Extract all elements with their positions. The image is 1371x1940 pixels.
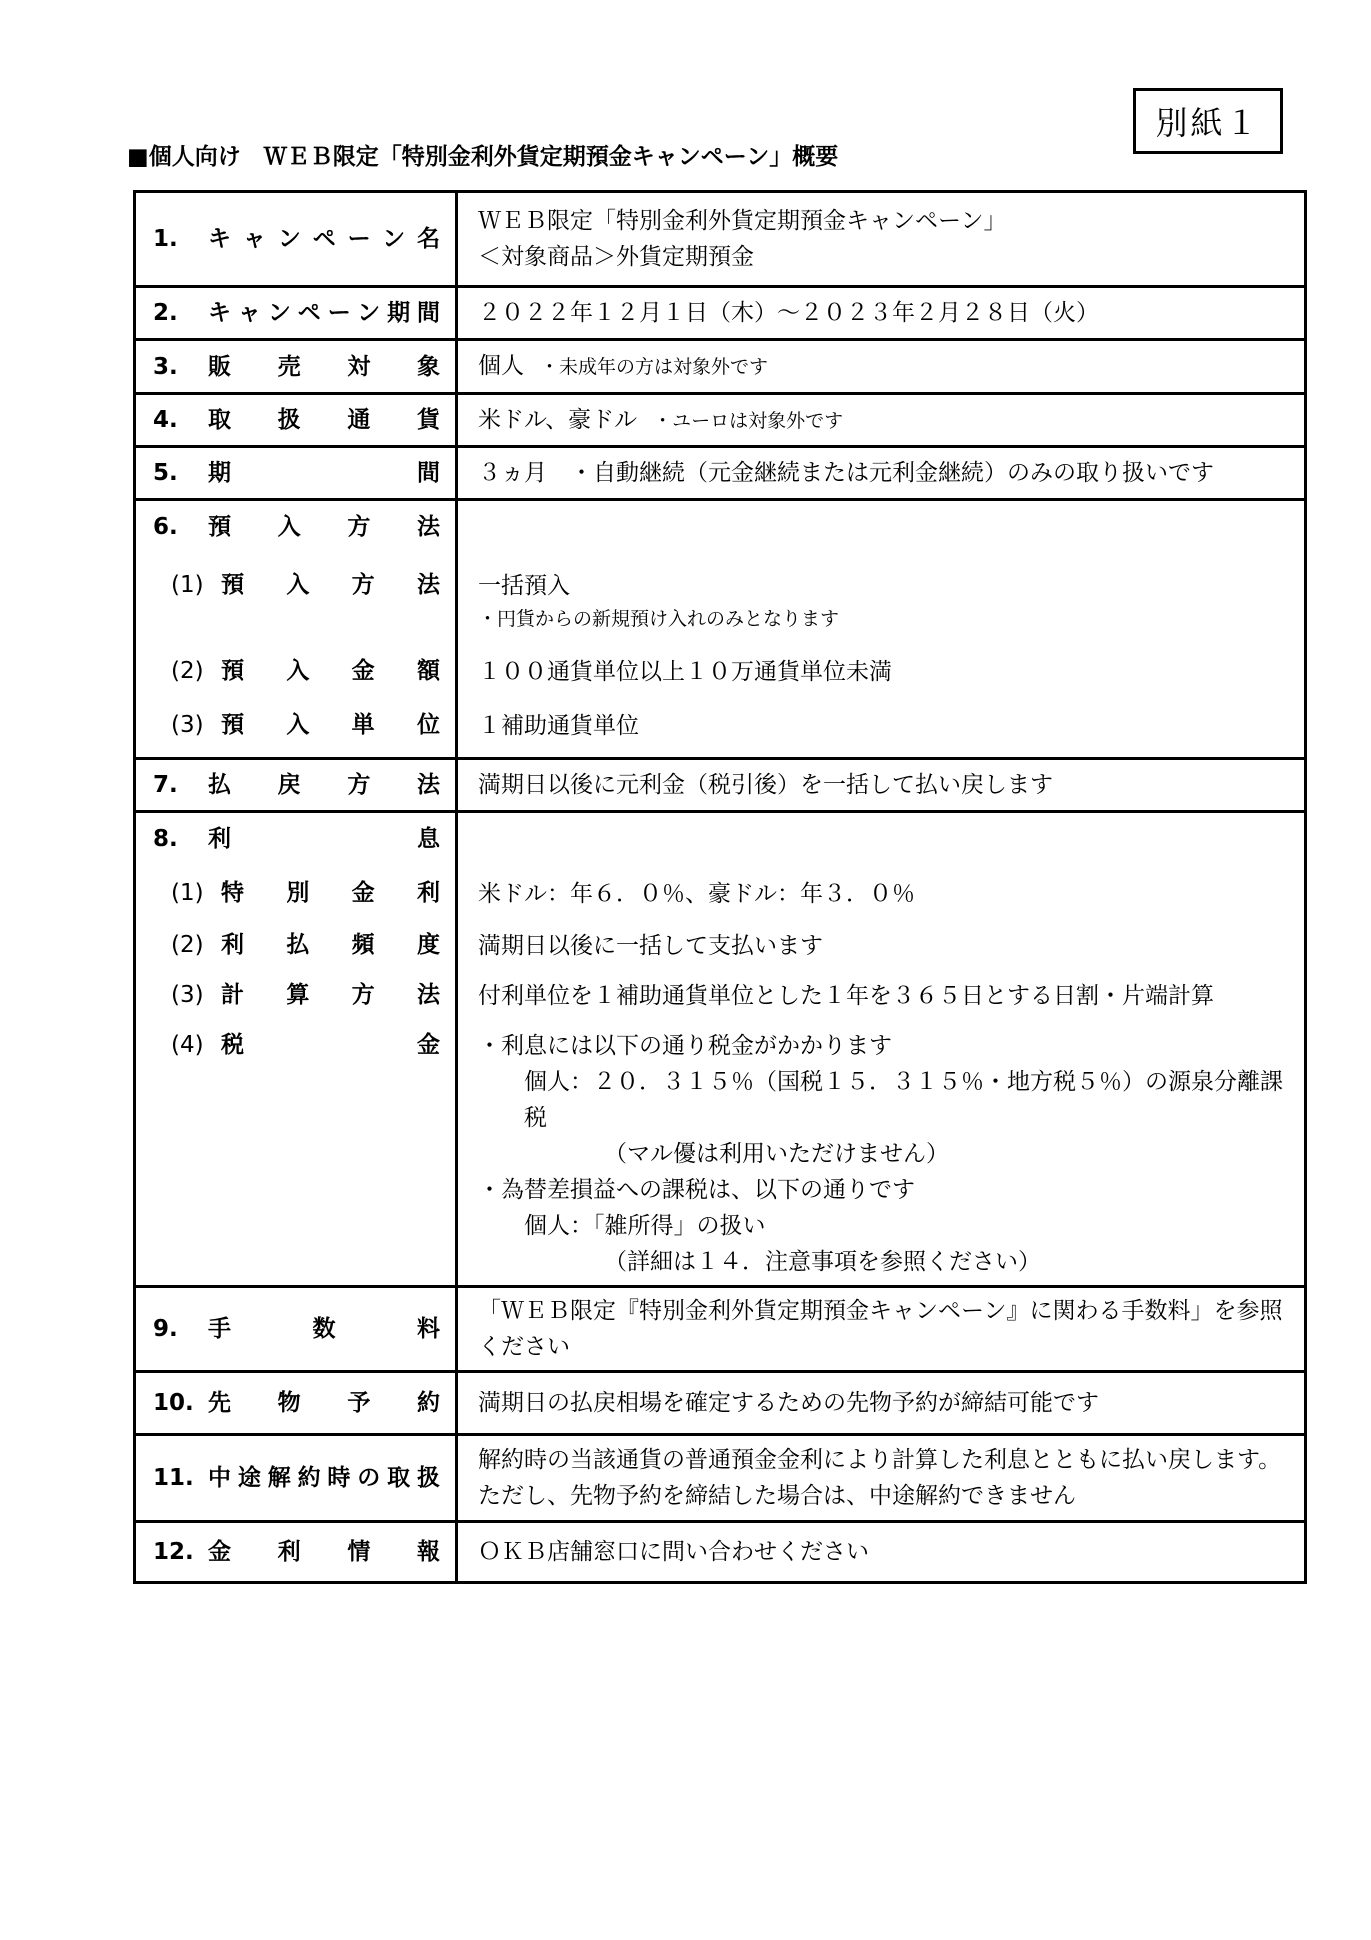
row-number: 7. [153,768,208,802]
content-text: 満期日以後に一括して支払います [478,933,823,959]
row-label-cell: (1)特別金利 [136,867,458,919]
content-text: 付利単位を１補助通貨単位とした１年を３６５日とする日割・片端計算 [478,983,1214,1009]
content-text: 「ＷＥＢ限定『特別金利外貨定期預金キャンペーン』に関わる手数料」を参照 [478,1298,1283,1324]
content-line: 一括預入 [478,568,1292,604]
row-content-cell: ３ヵ月 ・自動継続（元金継続または元利金継続）のみの取り扱いです [458,448,1304,498]
row-number: 5. [153,456,208,490]
content-line: 付利単位を１補助通貨単位とした１年を３６５日とする日割・片端計算 [478,978,1292,1014]
row-label-cell: (2)預入金額 [136,645,458,699]
row-label-cell: (3)計算方法 [136,969,458,1019]
table-line: 7.払戻方法満期日以後に元利金（税引後）を一括して払い戻します [136,760,1304,810]
row-label-cell: (1)預入方法 [136,559,458,645]
row-label: 手数料 [208,1312,440,1346]
row-number: 2. [153,296,208,330]
attachment-tag: 別紙１ [1133,88,1283,154]
document-page: 別紙１ ■個人向け ＷＥＢ限定「特別金利外貨定期預金キャンペーン」概要 1.キャ… [0,0,1371,1940]
row-number: (2) [171,928,221,962]
table-line: 2.キャンペーン期間２０２２年１２月１日（木）～２０２３年２月２８日（火） [136,288,1304,338]
table-line: (4)税金・利息には以下の通り税金がかかります個人：２０．３１５％（国税１５．３… [136,1019,1304,1285]
table-row: 10.先物予約満期日の払戻相場を確定するための先物予約が締結可能です [136,1373,1304,1436]
row-content-cell: ＷＥＢ限定「特別金利外貨定期預金キャンペーン」＜対象商品＞外貨定期預金 [458,193,1304,285]
table-line: 9.手数料「ＷＥＢ限定『特別金利外貨定期預金キャンペーン』に関わる手数料」を参照… [136,1288,1304,1370]
table-line: (2)利払頻度満期日以後に一括して支払います [136,919,1304,969]
row-label-cell: 1.キャンペーン名 [136,193,458,285]
row-label-cell: 7.払戻方法 [136,760,458,810]
content-text: ください [478,1334,570,1360]
table-line: 1.キャンペーン名ＷＥＢ限定「特別金利外貨定期預金キャンペーン」＜対象商品＞外貨… [136,193,1304,285]
row-label: 先物予約 [208,1386,440,1420]
row-label-cell: 5.期間 [136,448,458,498]
document-title: ■個人向け ＷＥＢ限定「特別金利外貨定期預金キャンペーン」概要 [127,138,838,171]
table-line: 12.金利情報ＯＫＢ店舗窓口に問い合わせください [136,1523,1304,1581]
content-line: 満期日以後に元利金（税引後）を一括して払い戻します [478,767,1292,803]
table-line: 10.先物予約満期日の払戻相場を確定するための先物予約が締結可能です [136,1373,1304,1433]
content-text: 解約時の当該通貨の普通預金金利により計算した利息とともに払い戻します。 [478,1447,1281,1473]
row-label-cell: 6.預入方法 [136,501,458,559]
campaign-table: 1.キャンペーン名ＷＥＢ限定「特別金利外貨定期預金キャンペーン」＜対象商品＞外貨… [133,190,1307,1584]
row-content-cell [458,813,1304,867]
row-label: 利息 [208,822,440,856]
content-line: 解約時の当該通貨の普通預金金利により計算した利息とともに払い戻します。 [478,1442,1292,1478]
content-text: ・円貨からの新規預け入れのみとなります [478,608,839,630]
content-text: 一括預入 [478,573,570,599]
row-number: 6. [153,510,208,544]
row-content-cell: ２０２２年１２月１日（木）～２０２３年２月２８日（火） [458,288,1304,338]
row-label: 金利情報 [208,1535,440,1569]
table-line: 3.販売対象個人・未成年の方は対象外です [136,341,1304,392]
row-label-cell: (4)税金 [136,1019,458,1285]
row-number: (1) [171,876,221,910]
content-line: 個人：２０．３１５％（国税１５．３１５％・地方税５％）の源泉分離課税 [478,1064,1292,1136]
content-text: ＯＫＢ店舗窓口に問い合わせください [478,1539,869,1565]
content-line: 満期日の払戻相場を確定するための先物予約が締結可能です [478,1385,1292,1421]
table-line: 4.取扱通貨米ドル、豪ドル・ユーロは対象外です [136,395,1304,445]
content-text: ３ヵ月 ・自動継続（元金継続または元利金継続）のみの取り扱いです [478,460,1214,486]
row-number: (3) [171,708,221,742]
content-text: ＷＥＢ限定「特別金利外貨定期預金キャンペーン」 [478,208,1007,234]
row-label: 利払頻度 [221,928,440,962]
row-label: 期間 [208,456,440,490]
row-content-cell: 付利単位を１補助通貨単位とした１年を３６５日とする日割・片端計算 [458,969,1304,1019]
row-content-cell: 解約時の当該通貨の普通預金金利により計算した利息とともに払い戻します。ただし、先… [458,1436,1304,1520]
table-row: 7.払戻方法満期日以後に元利金（税引後）を一括して払い戻します [136,760,1304,813]
row-number: (3) [171,978,221,1012]
row-number: 4. [153,403,208,437]
row-label-cell: (3)預入単位 [136,699,458,757]
table-row: 12.金利情報ＯＫＢ店舗窓口に問い合わせください [136,1523,1304,1581]
content-text: （詳細は１４．注意事項を参照ください） [604,1249,1041,1275]
content-line: １００通貨単位以上１０万通貨単位未満 [478,654,1292,690]
row-content-cell: １補助通貨単位 [458,699,1304,757]
content-text: ２０２２年１２月１日（木）～２０２３年２月２８日（火） [478,300,1099,326]
content-line: ２０２２年１２月１日（木）～２０２３年２月２８日（火） [478,295,1292,331]
table-line: 6.預入方法 [136,501,1304,559]
content-line: ＷＥＢ限定「特別金利外貨定期預金キャンペーン」 [478,203,1292,239]
table-line: (1)特別金利米ドル：年６．０％、豪ドル：年３．０％ [136,867,1304,919]
row-label: 払戻方法 [208,768,440,802]
table-row: 5.期間３ヵ月 ・自動継続（元金継続または元利金継続）のみの取り扱いです [136,448,1304,501]
table-line: 5.期間３ヵ月 ・自動継続（元金継続または元利金継続）のみの取り扱いです [136,448,1304,498]
content-line: 個人：「雑所得」の扱い [478,1208,1292,1244]
content-text: （マル優は利用いただけません） [604,1141,949,1167]
row-content-cell: 満期日以後に一括して支払います [458,919,1304,969]
row-label: キャンペーン期間 [208,296,440,330]
content-line: 個人・未成年の方は対象外です [478,348,1292,385]
row-label: 計算方法 [221,978,440,1012]
content-line: 米ドル、豪ドル・ユーロは対象外です [478,402,1292,439]
row-number: 12. [153,1535,208,1569]
table-row: 4.取扱通貨米ドル、豪ドル・ユーロは対象外です [136,395,1304,448]
row-number: (4) [171,1028,221,1062]
row-content-cell: 「ＷＥＢ限定『特別金利外貨定期預金キャンペーン』に関わる手数料」を参照ください [458,1288,1304,1370]
row-content-cell: １００通貨単位以上１０万通貨単位未満 [458,645,1304,699]
content-line: ください [478,1329,1292,1365]
row-content-cell: 米ドル、豪ドル・ユーロは対象外です [458,395,1304,445]
table-row: 11.中途解約時の取扱解約時の当該通貨の普通預金金利により計算した利息とともに払… [136,1436,1304,1523]
row-number: (1) [171,568,221,602]
content-text: 個人：２０．３１５％（国税１５．３１５％・地方税５％）の源泉分離課税 [524,1069,1283,1131]
table-row: 8.利息(1)特別金利米ドル：年６．０％、豪ドル：年３．０％(2)利払頻度満期日… [136,813,1304,1288]
row-label: 取扱通貨 [208,403,440,437]
content-text: 満期日の払戻相場を確定するための先物予約が締結可能です [478,1390,1099,1416]
content-line: ・為替差損益への課税は、以下の通りです [478,1172,1292,1208]
content-line: ・円貨からの新規預け入れのみとなります [478,604,1292,634]
content-line: 「ＷＥＢ限定『特別金利外貨定期預金キャンペーン』に関わる手数料」を参照 [478,1293,1292,1329]
content-text: ただし、先物予約を締結した場合は、中途解約できません [478,1483,1076,1509]
row-label-cell: 3.販売対象 [136,341,458,392]
content-line: １補助通貨単位 [478,708,1292,744]
content-text: ＜対象商品＞外貨定期預金 [478,244,754,270]
row-content-cell: 満期日以後に元利金（税引後）を一括して払い戻します [458,760,1304,810]
row-number: 10. [153,1386,208,1420]
content-text: 個人 [478,353,524,379]
content-text: ・利息には以下の通り税金がかかります [478,1033,892,1059]
row-content-cell: ＯＫＢ店舗窓口に問い合わせください [458,1523,1304,1581]
row-label-cell: 9.手数料 [136,1288,458,1370]
row-label-cell: 11.中途解約時の取扱 [136,1436,458,1520]
table-line: (1)預入方法一括預入・円貨からの新規預け入れのみとなります [136,559,1304,645]
content-text: 個人：「雑所得」の扱い [524,1213,766,1239]
row-label-cell: 12.金利情報 [136,1523,458,1581]
content-line: 米ドル：年６．０％、豪ドル：年３．０％ [478,876,1292,912]
table-line: (3)預入単位１補助通貨単位 [136,699,1304,757]
content-text: 米ドル：年６．０％、豪ドル：年３．０％ [478,881,915,907]
table-row: 3.販売対象個人・未成年の方は対象外です [136,341,1304,395]
content-text: １補助通貨単位 [478,713,639,739]
table-row: 2.キャンペーン期間２０２２年１２月１日（木）～２０２３年２月２８日（火） [136,288,1304,341]
content-line: （マル優は利用いただけません） [478,1136,1292,1172]
row-label-cell: 8.利息 [136,813,458,867]
row-number: 9. [153,1312,208,1346]
content-line: ・利息には以下の通り税金がかかります [478,1028,1292,1064]
row-number: 11. [153,1461,208,1495]
row-label-cell: 4.取扱通貨 [136,395,458,445]
row-label: 預入金額 [221,654,440,688]
row-label: 中途解約時の取扱 [208,1461,440,1495]
attachment-tag-label: 別紙１ [1155,98,1260,144]
content-text: １００通貨単位以上１０万通貨単位未満 [478,659,892,685]
row-content-cell: 個人・未成年の方は対象外です [458,341,1304,392]
content-line: （詳細は１４．注意事項を参照ください） [478,1244,1292,1280]
content-line: ただし、先物予約を締結した場合は、中途解約できません [478,1478,1292,1514]
table-row: 6.預入方法(1)預入方法一括預入・円貨からの新規預け入れのみとなります(2)預… [136,501,1304,760]
content-line: ＯＫＢ店舗窓口に問い合わせください [478,1534,1292,1570]
content-note: ・ユーロは対象外です [653,410,843,432]
row-content-cell: 米ドル：年６．０％、豪ドル：年３．０％ [458,867,1304,919]
row-label: 預入単位 [221,708,440,742]
content-text: ・為替差損益への課税は、以下の通りです [478,1177,915,1203]
row-content-cell: 一括預入・円貨からの新規預け入れのみとなります [458,559,1304,645]
row-label: 預入方法 [208,510,440,544]
row-label: 税金 [221,1028,440,1062]
content-note: ・未成年の方は対象外です [540,356,768,378]
row-label: キャンペーン名 [208,222,440,256]
content-line: ＜対象商品＞外貨定期預金 [478,239,1292,275]
row-label-cell: 2.キャンペーン期間 [136,288,458,338]
row-content-cell: 満期日の払戻相場を確定するための先物予約が締結可能です [458,1373,1304,1433]
table-row: 1.キャンペーン名ＷＥＢ限定「特別金利外貨定期預金キャンペーン」＜対象商品＞外貨… [136,193,1304,288]
row-label: 預入方法 [221,568,440,602]
table-row: 9.手数料「ＷＥＢ限定『特別金利外貨定期預金キャンペーン』に関わる手数料」を参照… [136,1288,1304,1373]
table-line: 8.利息 [136,813,1304,867]
table-line: (2)預入金額１００通貨単位以上１０万通貨単位未満 [136,645,1304,699]
row-label-cell: 10.先物予約 [136,1373,458,1433]
row-number: 1. [153,222,208,256]
table-line: (3)計算方法付利単位を１補助通貨単位とした１年を３６５日とする日割・片端計算 [136,969,1304,1019]
row-label: 販売対象 [208,350,440,384]
content-line: 満期日以後に一括して支払います [478,928,1292,964]
content-text: 米ドル、豪ドル [478,407,637,433]
table-line: 11.中途解約時の取扱解約時の当該通貨の普通預金金利により計算した利息とともに払… [136,1436,1304,1520]
row-label: 特別金利 [221,876,440,910]
content-text: 満期日以後に元利金（税引後）を一括して払い戻します [478,772,1053,798]
row-content-cell [458,501,1304,559]
row-label-cell: (2)利払頻度 [136,919,458,969]
row-number: 8. [153,822,208,856]
row-number: 3. [153,350,208,384]
row-content-cell: ・利息には以下の通り税金がかかります個人：２０．３１５％（国税１５．３１５％・地… [458,1019,1304,1285]
row-number: (2) [171,654,221,688]
content-line: ３ヵ月 ・自動継続（元金継続または元利金継続）のみの取り扱いです [478,455,1292,491]
